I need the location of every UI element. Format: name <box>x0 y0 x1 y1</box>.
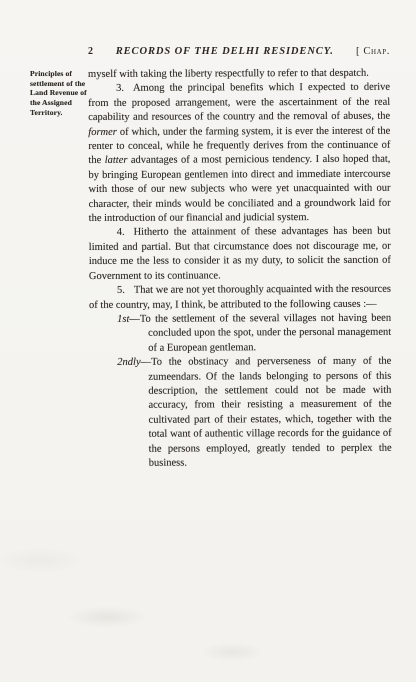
paragraph-number: 4. <box>117 227 125 238</box>
cause-2-marker: 2ndly <box>117 357 140 368</box>
margin-note: Principles of settlement of the Land Rev… <box>30 69 90 118</box>
paragraph-intro: myself with taking the liberty respectfu… <box>88 67 390 83</box>
running-title: RECORDS OF THE DELHI RESIDENCY. <box>94 46 357 57</box>
cause-1-marker: 1st <box>117 314 129 325</box>
paragraph-5: 5.That we are not yet thoroughly acquain… <box>89 283 391 313</box>
cause-item-2: 2ndly—To the obstinacy and perverseness … <box>89 355 392 472</box>
cause-1-text: —To the settlement of the several villag… <box>129 313 391 354</box>
paragraph-number: 5. <box>117 285 125 296</box>
paragraph-4-text: Hitherto the attainment of these advanta… <box>89 226 391 282</box>
paragraph-3-text-c: advantages of a most pernicious tendency… <box>88 154 390 224</box>
paragraph-3-text-a: Among the principal benefits which I exp… <box>88 82 390 123</box>
chapter-reference: [ Chap. <box>356 46 390 57</box>
italic-word-latter: latter <box>105 155 128 166</box>
cause-item-1: 1st—To the settlement of the several vil… <box>89 312 391 357</box>
paragraph-5-text: That we are not yet thoroughly acquainte… <box>89 284 391 311</box>
italic-word-former: former <box>88 126 117 137</box>
cause-2-text: —To the obstinacy and perverseness of ma… <box>141 356 392 469</box>
main-text-column: myself with taking the liberty respectfu… <box>88 67 392 472</box>
running-header: 2 RECORDS OF THE DELHI RESIDENCY. [ Chap… <box>88 46 390 57</box>
paragraph-3: 3.Among the principal benefits which I e… <box>88 81 391 226</box>
paragraph-number: 3. <box>116 83 124 94</box>
paragraph-4: 4.Hitherto the attainment of these advan… <box>89 225 391 284</box>
book-page: 2 RECORDS OF THE DELHI RESIDENCY. [ Chap… <box>0 0 416 682</box>
